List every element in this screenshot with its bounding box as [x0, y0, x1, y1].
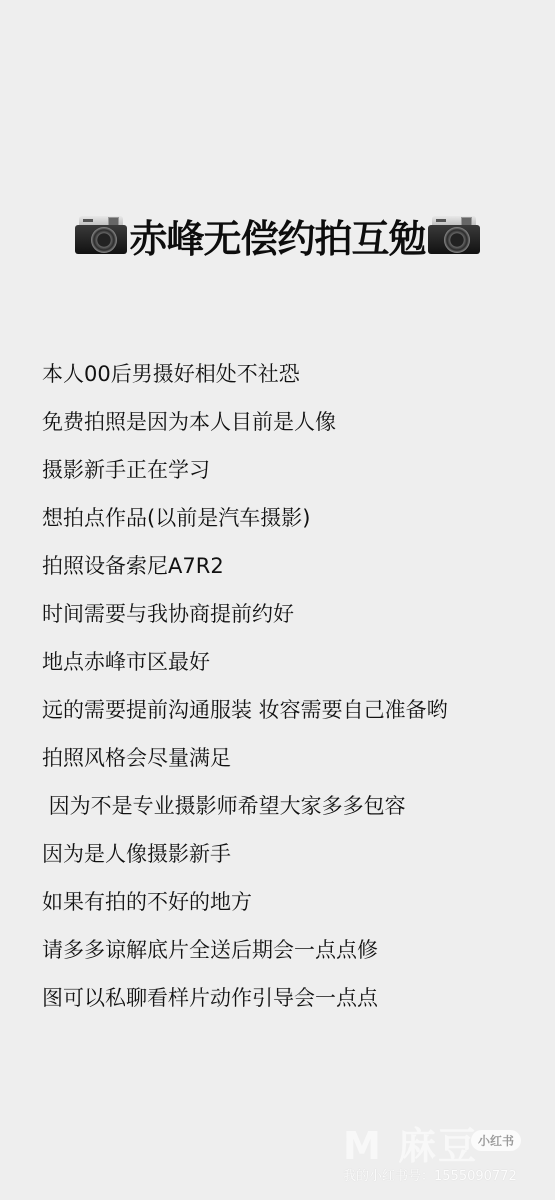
- text-line: 拍照风格会尽量满足: [42, 734, 552, 782]
- text-line: 地点赤峰市区最好: [42, 638, 552, 686]
- text-line: 如果有拍的不好的地方: [42, 878, 552, 926]
- title-row: 赤峰无偿约拍互勉: [0, 205, 555, 265]
- page-title: 赤峰无偿约拍互勉: [129, 208, 425, 263]
- text-line: 免费拍照是因为本人目前是人像: [42, 398, 552, 446]
- text-line: 本人00后男摄好相处不社恐: [42, 350, 552, 398]
- text-line: 因为不是专业摄影师希望大家多多包容: [42, 782, 552, 830]
- watermark-logo: M 麻豆: [343, 1115, 478, 1170]
- camera-icon: [428, 216, 480, 254]
- xiaohongshu-badge: 小红书: [471, 1130, 521, 1151]
- text-line: 请多多谅解底片全送后期会一点点修: [42, 926, 552, 974]
- text-line: 图可以私聊看样片动作引导会一点点: [42, 974, 552, 1022]
- text-line: 远的需要提前沟通服装 妆容需要自己准备哟: [42, 686, 552, 734]
- camera-icon: [75, 216, 127, 254]
- text-line: 时间需要与我协商提前约好: [42, 590, 552, 638]
- post-body: 本人00后男摄好相处不社恐 免费拍照是因为本人目前是人像 摄影新手正在学习 想拍…: [42, 350, 552, 1022]
- text-line: 想拍点作品(以前是汽车摄影): [42, 494, 552, 542]
- text-line: 拍照设备索尼A7R2: [42, 542, 552, 590]
- watermark: M 麻豆 小红书 我的小红书号：1555090772: [333, 1115, 555, 1200]
- text-line: 因为是人像摄影新手: [42, 830, 552, 878]
- watermark-account-id: 我的小红书号：1555090772: [343, 1165, 517, 1184]
- text-line: 摄影新手正在学习: [42, 446, 552, 494]
